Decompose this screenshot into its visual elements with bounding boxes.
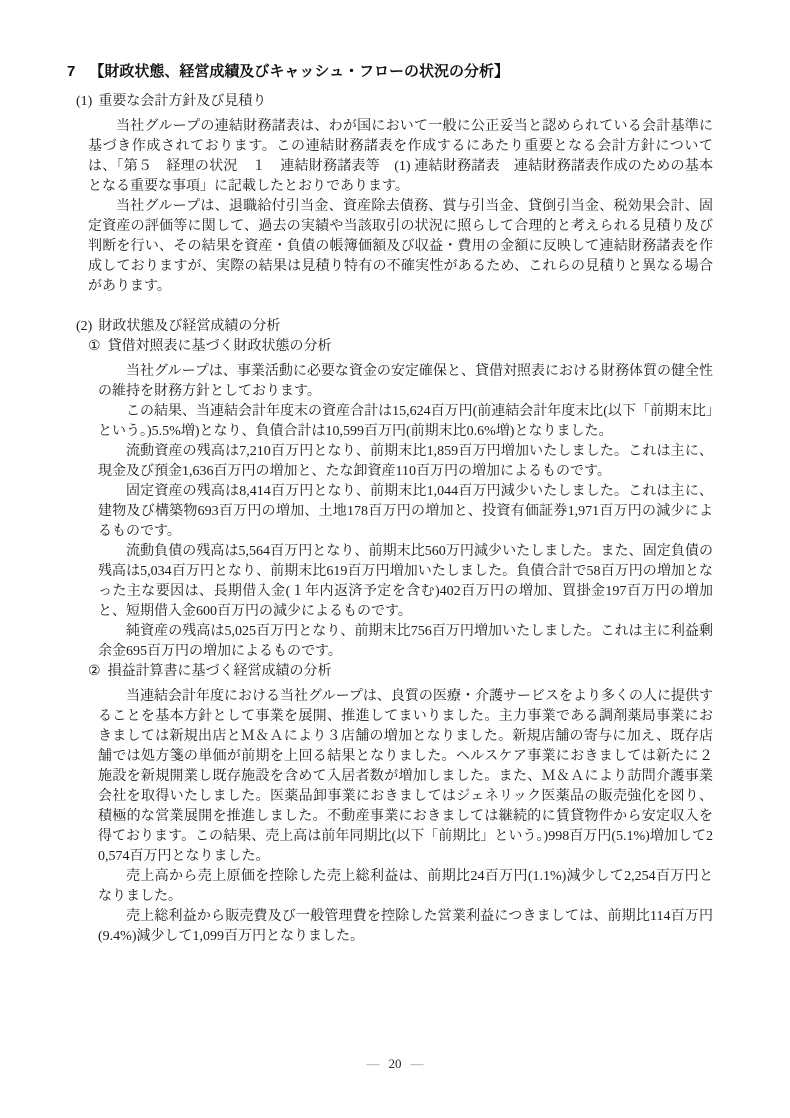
page-number: 20 xyxy=(389,1056,402,1071)
paragraph: この結果、当連結会計年度末の資産合計は15,624百万円(前連結会計年度末比(以… xyxy=(98,402,713,442)
section-label: (2) xyxy=(76,317,92,337)
document-content: 7 【財政状態、経営成績及びキャッシュ・フローの状況の分析】 (1) 重要な会計… xyxy=(67,62,713,947)
paragraph: 流動資産の残高は7,210百万円となり、前期末比1,859百万円増加いたしました… xyxy=(98,442,713,482)
subsection-balance-sheet-analysis: ① 貸借対照表に基づく財政状態の分析 当社グループは、事業活動に必要な資金の安定… xyxy=(88,337,713,662)
subsection-title: 損益計算書に基づく経営成績の分析 xyxy=(108,662,332,682)
subsection-label: ① xyxy=(88,337,101,357)
paragraph: 当社グループの連結財務諸表は、わが国において一般に公正妥当と認められている会計基… xyxy=(88,117,713,197)
document-page: 7 【財政状態、経営成績及びキャッシュ・フローの状況の分析】 (1) 重要な会計… xyxy=(0,0,790,1118)
subsection-income-statement-analysis: ② 損益計算書に基づく経営成績の分析 当連結会計年度における当社グループは、良質… xyxy=(88,662,713,947)
paragraph: 純資産の残高は5,025百万円となり、前期末比756百万円増加いたしました。これ… xyxy=(98,622,713,662)
paragraph: 当社グループは、退職給付引当金、資産除去債務、賞与引当金、貸倒引当金、税効果会計… xyxy=(88,197,713,297)
subsection-title-line: ② 損益計算書に基づく経営成績の分析 xyxy=(88,662,713,682)
paragraph: 流動負債の残高は5,564百万円となり、前期末比560万円減少いたしました。また… xyxy=(98,542,713,622)
paragraph: 当連結会計年度における当社グループは、良質の医療・介護サービスをより多くの人に提… xyxy=(98,687,713,867)
section-title-line: (2) 財政状態及び経営成績の分析 xyxy=(67,317,713,337)
section-title-line: (1) 重要な会計方針及び見積り xyxy=(67,92,713,112)
subsection-title-line: ① 貸借対照表に基づく財政状態の分析 xyxy=(88,337,713,357)
footer-left-dash: ― xyxy=(367,1056,380,1071)
paragraph: 当社グループは、事業活動に必要な資金の安定確保と、貸借対照表における財務体質の健… xyxy=(98,362,713,402)
paragraph: 固定資産の残高は8,414百万円となり、前期末比1,044百万円減少いたしました… xyxy=(98,482,713,542)
section-label: (1) xyxy=(76,92,92,112)
footer-right-dash: ― xyxy=(411,1056,424,1071)
section-heading: 7 【財政状態、経営成績及びキャッシュ・フローの状況の分析】 xyxy=(67,62,713,82)
paragraph: 売上高から売上原価を控除した売上総利益は、前期比24百万円(1.1%)減少して2… xyxy=(98,867,713,907)
heading-title: 【財政状態、経営成績及びキャッシュ・フローの状況の分析】 xyxy=(89,62,509,82)
section-financial-analysis: (2) 財政状態及び経営成績の分析 ① 貸借対照表に基づく財政状態の分析 当社グ… xyxy=(67,317,713,947)
subsection-title: 貸借対照表に基づく財政状態の分析 xyxy=(108,337,332,357)
heading-number: 7 xyxy=(67,62,75,82)
page-footer: ―20― xyxy=(0,1056,790,1072)
section-title: 財政状態及び経営成績の分析 xyxy=(98,317,280,337)
paragraph: 売上総利益から販売費及び一般管理費を控除した営業利益につきましては、前期比114… xyxy=(98,907,713,947)
section-accounting-policies: (1) 重要な会計方針及び見積り 当社グループの連結財務諸表は、わが国において一… xyxy=(67,92,713,297)
section-title: 重要な会計方針及び見積り xyxy=(98,92,266,112)
subsection-label: ② xyxy=(88,662,101,682)
